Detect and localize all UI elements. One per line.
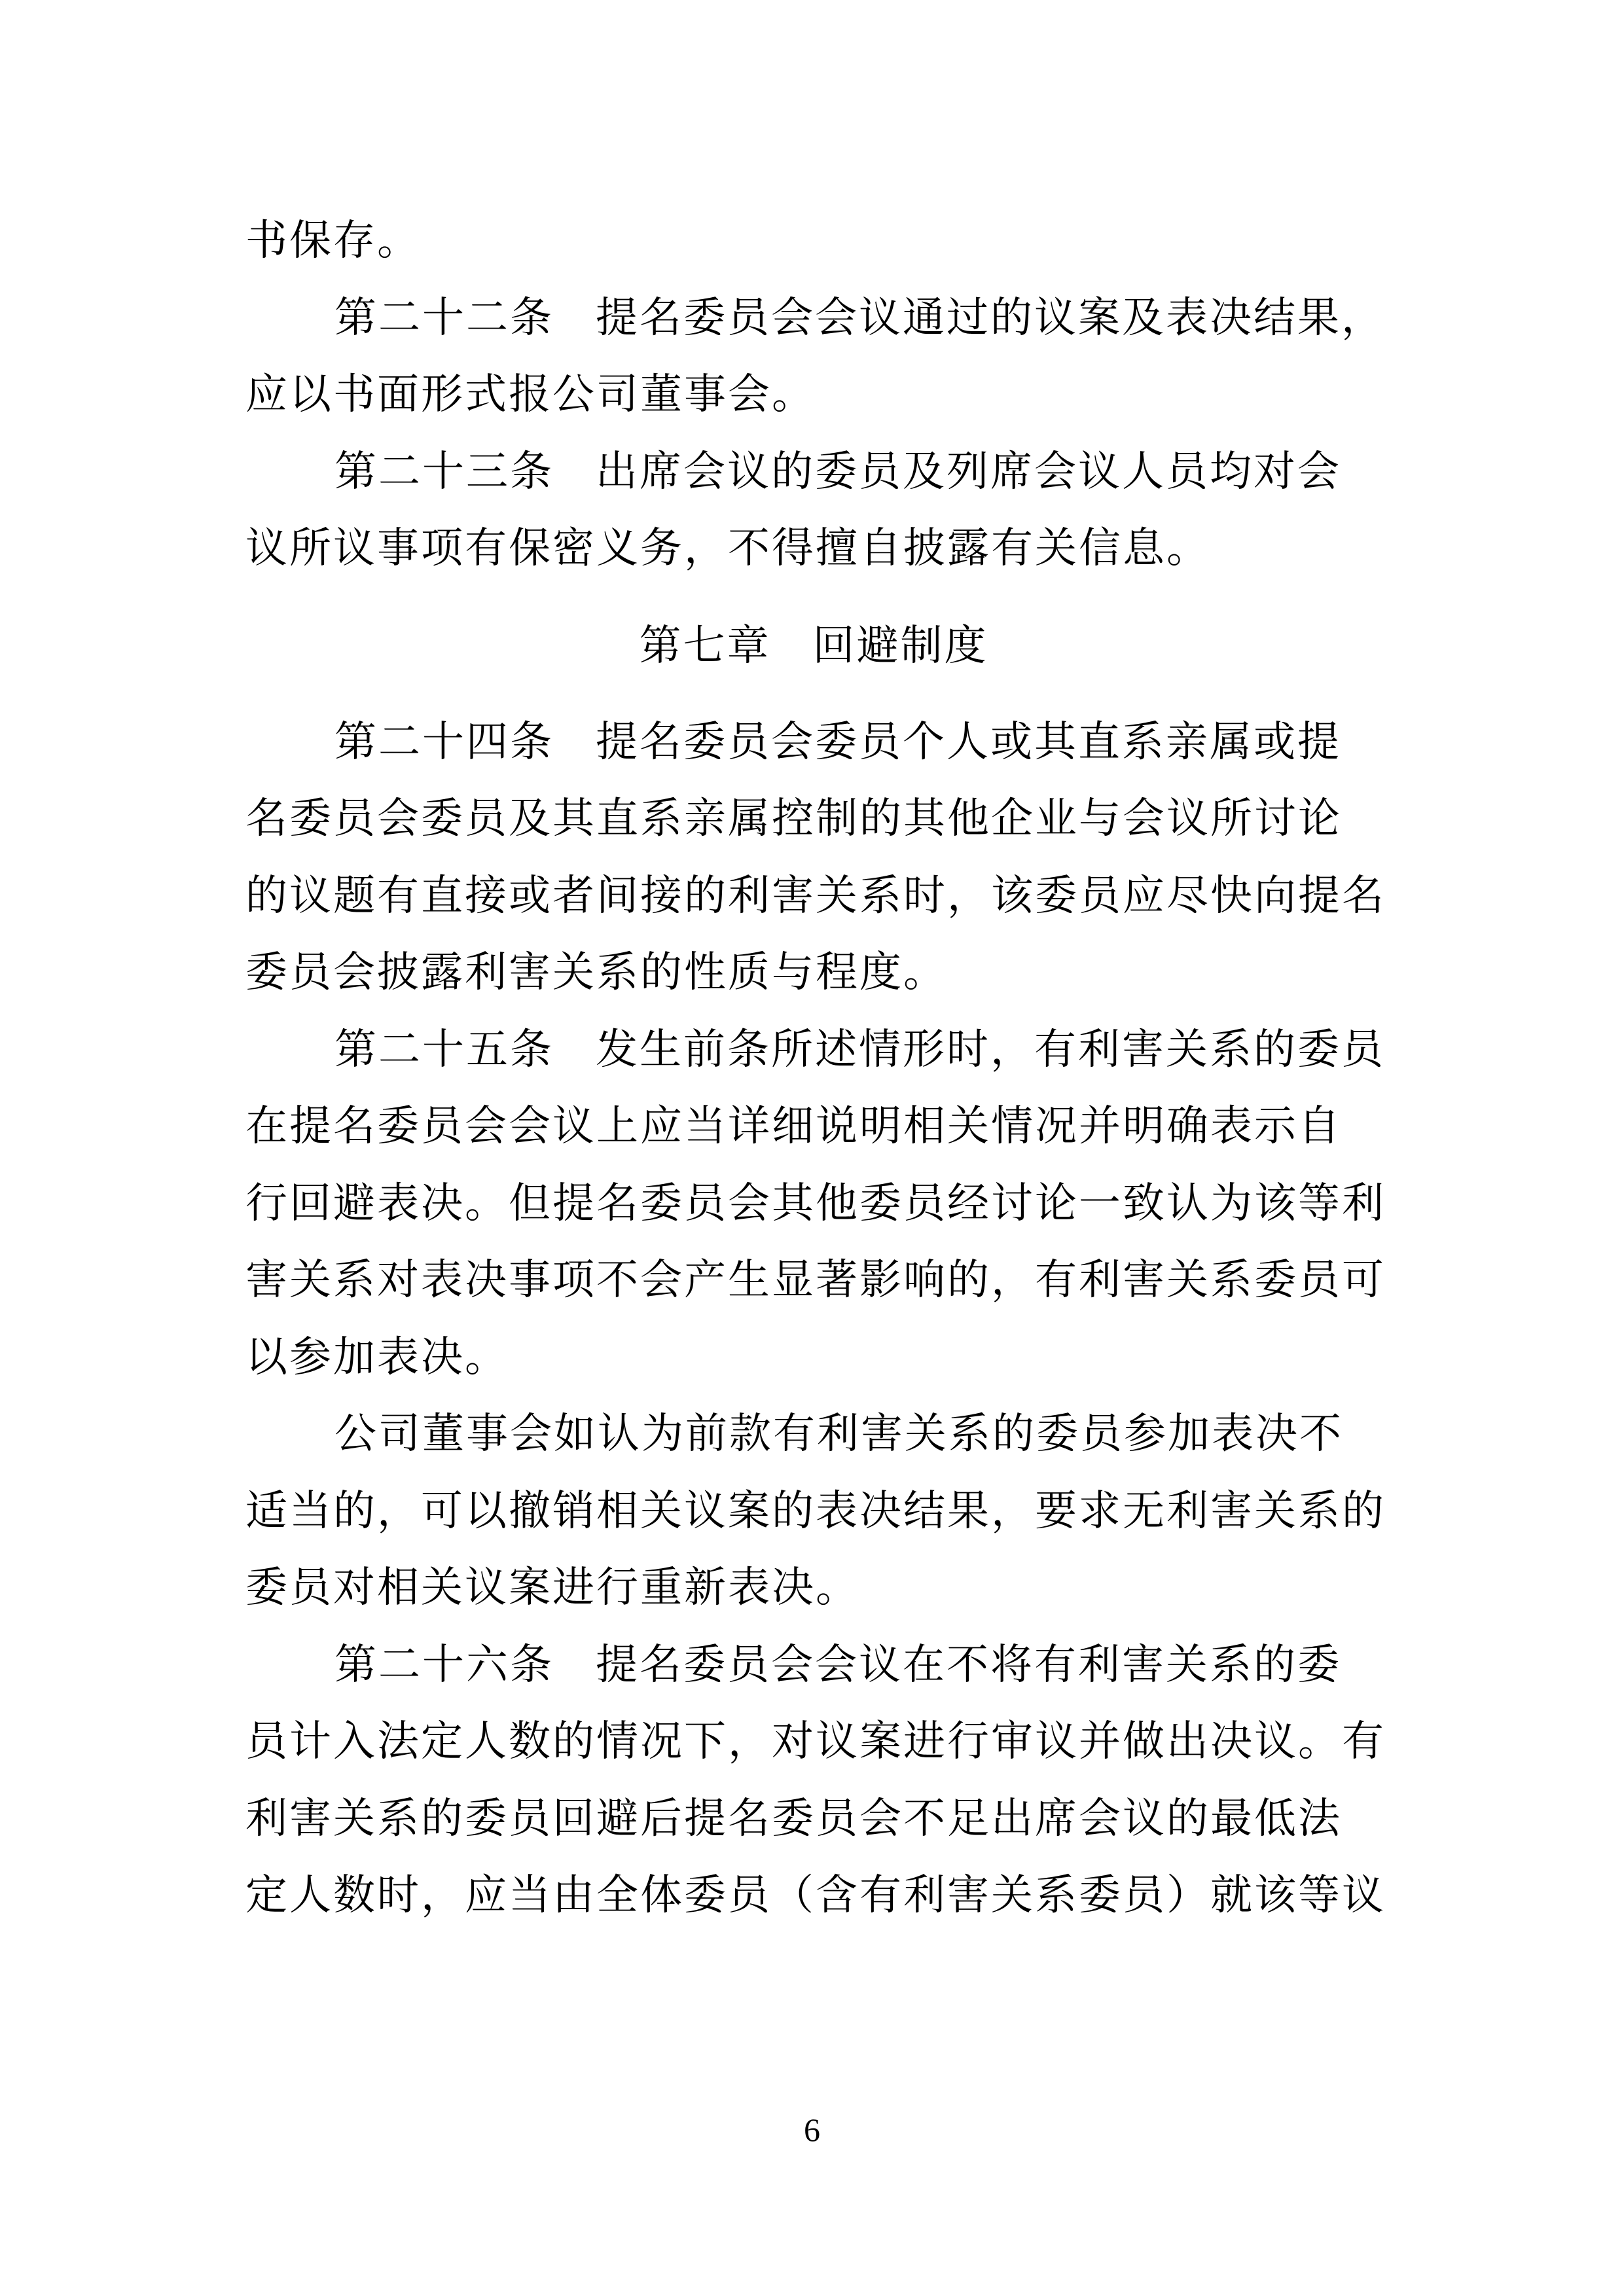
text-line: 员计入法定人数的情况下，对议案进行审议并做出决议。有 (245, 1704, 1382, 1781)
paragraph-text: 利害关系的委员回避后提名委员会不足出席会议的最低法 (245, 1795, 1342, 1843)
paragraph-text: 提名委员会委员个人或其直系亲属或提 (596, 718, 1341, 766)
article-number: 第二十六条 (334, 1627, 554, 1704)
paragraph-text: 名委员会委员及其直系亲属控制的其他企业与会议所讨论 (245, 795, 1342, 843)
text-line: 定人数时，应当由全体委员（含有利害关系委员）就该等议 (245, 1857, 1382, 1935)
paragraph-text: 应以书面形式报公司董事会。 (245, 370, 816, 419)
text-line: 利害关系的委员回避后提名委员会不足出席会议的最低法 (245, 1781, 1382, 1858)
paragraph-text: 提名委员会会议在不将有利害关系的委 (596, 1641, 1341, 1689)
paragraph-text: 适当的，可以撤销相关议案的表决结果，要求无利害关系的 (245, 1487, 1386, 1535)
document-page: 书保存。 第二十二条提名委员会会议通过的议案及表决结果， 应以书面形式报公司董事… (245, 203, 1382, 1935)
chapter-heading: 第七章回避制度 (245, 592, 1382, 700)
paragraph-text: 提名委员会会议通过的议案及表决结果， (596, 294, 1385, 342)
article-25-line: 第二十五条发生前条所述情形时，有利害关系的委员 (245, 1012, 1382, 1089)
paragraph-text: 书保存。 (245, 217, 421, 265)
paragraph-text: 公司董事会如认为前款有利害关系的委员参加表决不 (334, 1410, 1343, 1458)
paragraph-text: 员计入法定人数的情况下，对议案进行审议并做出决议。有 (245, 1717, 1386, 1766)
text-line: 在提名委员会会议上应当详细说明相关情况并明确表示自 (245, 1088, 1382, 1166)
article-number: 第二十二条 (334, 280, 554, 357)
paragraph-text: 委员对相关议案进行重新表决。 (245, 1564, 859, 1612)
text-line: 应以书面形式报公司董事会。 (245, 357, 1382, 434)
article-24-line: 第二十四条提名委员会委员个人或其直系亲属或提 (245, 704, 1382, 781)
page-number: 6 (0, 2111, 1624, 2149)
paragraph-text: 定人数时，应当由全体委员（含有利害关系委员）就该等议 (245, 1871, 1386, 1920)
paragraph-text: 议所议事项有保密义务，不得擅自披露有关信息。 (245, 524, 1210, 573)
chapter-number: 第七章 (640, 622, 771, 670)
paragraph-text: 委员会披露利害关系的性质与程度。 (245, 948, 947, 997)
article-23-line: 第二十三条出席会议的委员及列席会议人员均对会 (245, 434, 1382, 511)
paragraph-text: 行回避表决。但提名委员会其他委员经讨论一致认为该等利 (245, 1179, 1386, 1228)
article-22-line: 第二十二条提名委员会会议通过的议案及表决结果， (245, 280, 1382, 357)
text-line: 行回避表决。但提名委员会其他委员经讨论一致认为该等利 (245, 1166, 1382, 1243)
paragraph-board-line: 公司董事会如认为前款有利害关系的委员参加表决不 (245, 1396, 1382, 1473)
text-line: 适当的，可以撤销相关议案的表决结果，要求无利害关系的 (245, 1473, 1382, 1551)
text-line: 的议题有直接或者间接的利害关系时，该委员应尽快向提名 (245, 858, 1382, 935)
article-26-line: 第二十六条提名委员会会议在不将有利害关系的委 (245, 1627, 1382, 1704)
paragraph-text: 害关系对表决事项不会产生显著影响的，有利害关系委员可 (245, 1256, 1386, 1304)
paragraph-text: 的议题有直接或者间接的利害关系时，该委员应尽快向提名 (245, 872, 1386, 920)
text-line: 害关系对表决事项不会产生显著影响的，有利害关系委员可 (245, 1242, 1382, 1319)
paragraph-text: 在提名委员会会议上应当详细说明相关情况并明确表示自 (245, 1102, 1342, 1151)
chapter-title: 回避制度 (813, 622, 988, 670)
paragraph-text: 发生前条所述情形时，有利害关系的委员 (596, 1026, 1385, 1074)
article-number: 第二十三条 (334, 434, 554, 511)
paragraph-text: 以参加表决。 (245, 1333, 509, 1382)
text-line: 以参加表决。 (245, 1319, 1382, 1397)
article-number: 第二十五条 (334, 1012, 554, 1089)
text-line: 名委员会委员及其直系亲属控制的其他企业与会议所讨论 (245, 781, 1382, 858)
text-line: 委员对相关议案进行重新表决。 (245, 1550, 1382, 1627)
article-number: 第二十四条 (334, 704, 554, 781)
paragraph-text: 出席会议的委员及列席会议人员均对会 (596, 448, 1341, 496)
text-line: 书保存。 (245, 203, 1382, 280)
text-line: 委员会披露利害关系的性质与程度。 (245, 935, 1382, 1012)
text-line: 议所议事项有保密义务，不得擅自披露有关信息。 (245, 511, 1382, 588)
